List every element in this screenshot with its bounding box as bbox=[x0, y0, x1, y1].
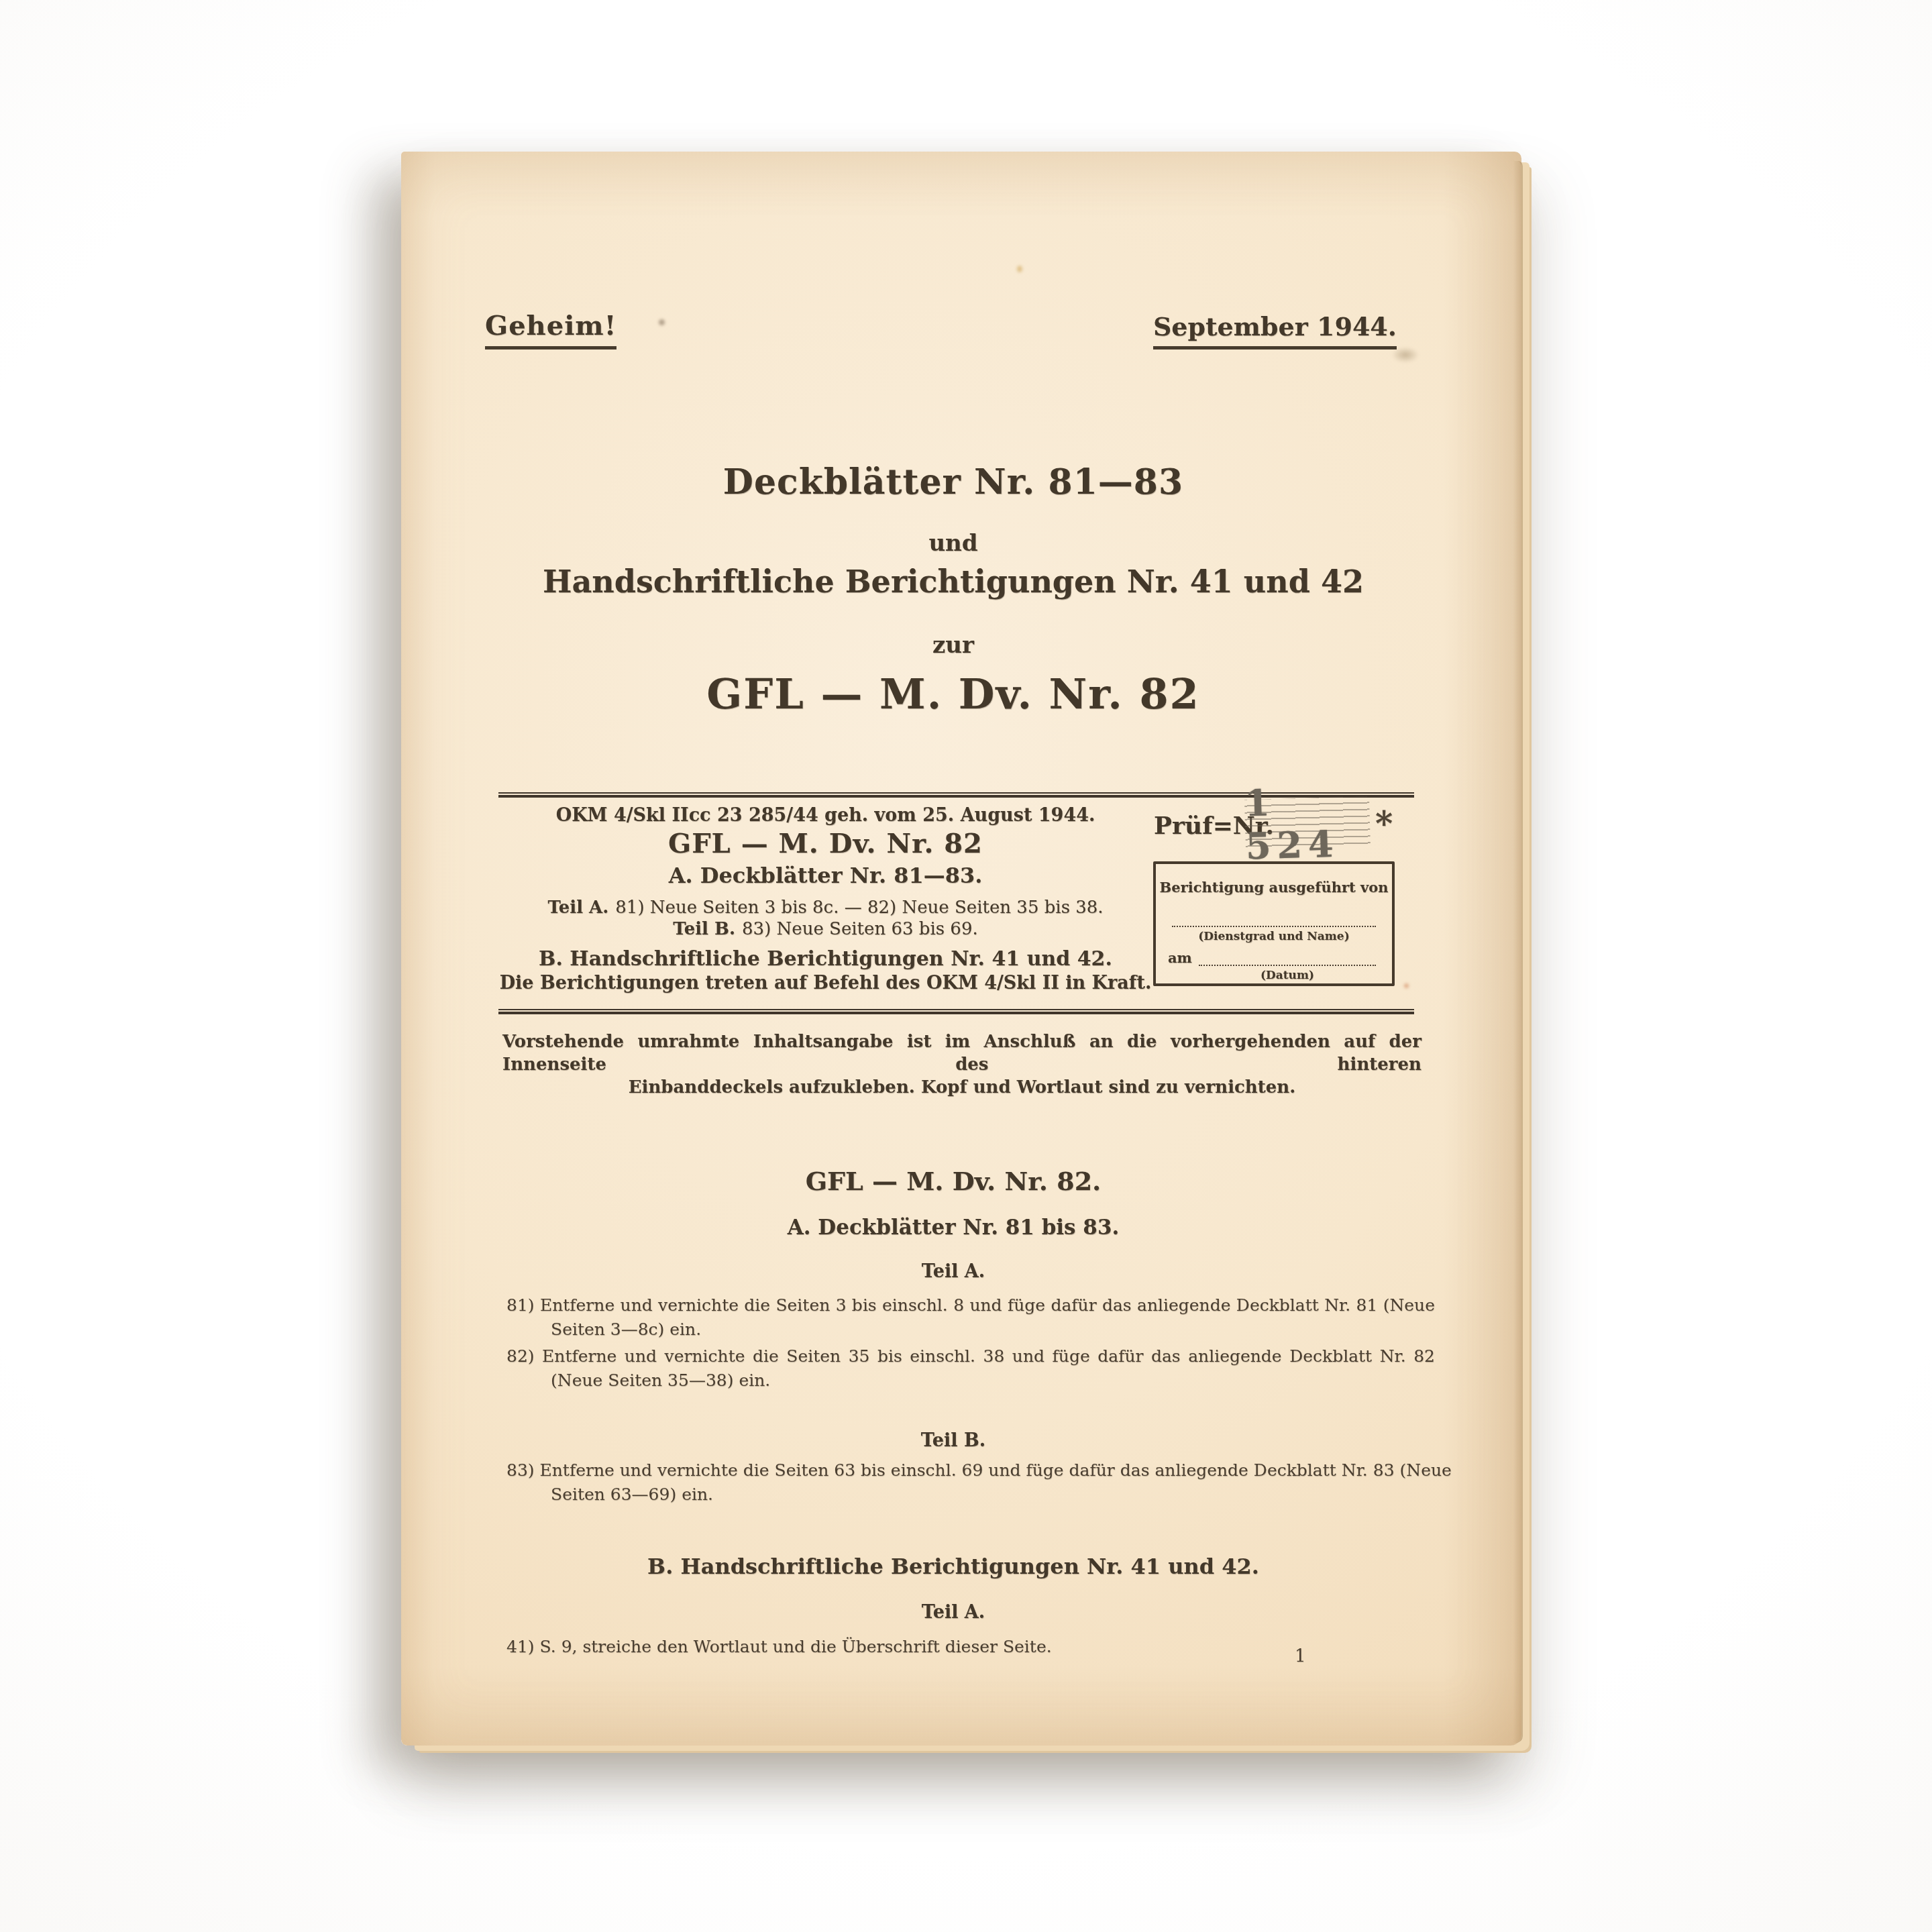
body-item-41: 41) S. 9, streiche den Wortlaut und die … bbox=[506, 1637, 1052, 1656]
paper-smudge bbox=[1386, 343, 1425, 366]
notice-section-a: A. Deckblätter Nr. 81—83. bbox=[498, 863, 1152, 888]
notice-validity-line: Die Berichtigungen treten auf Befehl des… bbox=[498, 973, 1152, 994]
body-teil-a-heading: Teil A. bbox=[393, 1261, 1513, 1282]
rule-bottom bbox=[498, 1009, 1414, 1014]
body-heading: GFL — M. Dv. Nr. 82. bbox=[393, 1166, 1513, 1196]
body-section-a-heading: A. Deckblätter Nr. 81 bis 83. bbox=[393, 1216, 1513, 1240]
body-section-b-heading: B. Handschriftliche Berichtigungen Nr. 4… bbox=[393, 1554, 1513, 1579]
paper-speck-amber bbox=[1017, 266, 1022, 272]
body-item-81: 81) Entferne und vernichte die Seiten 3 … bbox=[506, 1293, 1435, 1342]
correction-date-caption: (Datum) bbox=[1183, 969, 1392, 982]
notice-teil-b-text: 83) Neue Seiten 63 bis 69. bbox=[742, 919, 978, 939]
body-teil-a2-heading: Teil A. bbox=[393, 1602, 1513, 1623]
body-item-83-line-1: 83) Entferne und vernichte die Seiten 63… bbox=[506, 1458, 1435, 1483]
correction-name-field bbox=[1172, 908, 1376, 927]
pruef-nr-value: 1 524 bbox=[1244, 778, 1371, 867]
paper-speck-dark bbox=[659, 319, 665, 325]
correction-name-caption: (Dienstgrad und Name) bbox=[1156, 930, 1392, 943]
title-line-3: GFL — M. Dv. Nr. 82 bbox=[393, 669, 1513, 718]
notice-reference-line: OKM 4/Skl IIcc 23 285/44 geh. vom 25. Au… bbox=[498, 805, 1152, 826]
notice-teil-a-text: 81) Neue Seiten 3 bis 8c. — 82) Neue Sei… bbox=[615, 898, 1103, 918]
notice-teil-b-label: Teil B. bbox=[673, 919, 735, 939]
correction-box-title: Berichtigung ausgeführt von bbox=[1156, 879, 1392, 896]
page-stack-fore-edge bbox=[1513, 161, 1523, 1743]
notice-section-b: B. Handschriftliche Berichtigungen Nr. 4… bbox=[498, 947, 1152, 971]
body-item-82-line-2: (Neue Seiten 35—38) ein. bbox=[506, 1368, 1435, 1393]
notice-teil-b-line: Teil B.83) Neue Seiten 63 bis 69. bbox=[498, 919, 1152, 939]
notice-teil-a-line: Teil A.81) Neue Seiten 3 bis 8c. — 82) N… bbox=[498, 898, 1152, 918]
paste-instruction-line-1: Vorstehende umrahmte Inhaltsangabe ist i… bbox=[502, 1030, 1421, 1076]
body-item-81-line-2: Seiten 3—8c) ein. bbox=[506, 1318, 1435, 1342]
page-number: 1 bbox=[1295, 1646, 1306, 1666]
body-item-83-line-2: Seiten 63—69) ein. bbox=[506, 1483, 1435, 1507]
notice-doc-title: GFL — M. Dv. Nr. 82 bbox=[498, 828, 1152, 859]
correction-date-row: am bbox=[1168, 949, 1376, 966]
body-teil-b-heading: Teil B. bbox=[393, 1430, 1513, 1451]
body-item-82-line-1: 82) Entferne und vernichte die Seiten 35… bbox=[506, 1344, 1435, 1368]
correction-date-field bbox=[1199, 949, 1376, 966]
body-item-83: 83) Entferne und vernichte die Seiten 63… bbox=[506, 1458, 1435, 1507]
paste-instruction-line-2: Einbanddeckels aufzukleben. Kopf und Wor… bbox=[502, 1076, 1421, 1099]
body-item-81-line-1: 81) Entferne und vernichte die Seiten 3 … bbox=[506, 1293, 1435, 1318]
title-line-1: Deckblätter Nr. 81—83 bbox=[393, 462, 1513, 502]
notice-teil-a-label: Teil A. bbox=[547, 898, 608, 918]
pruef-nr-asterisk: * bbox=[1375, 804, 1393, 843]
date-line: September 1944. bbox=[1153, 311, 1397, 350]
paper-speck-red bbox=[1404, 983, 1409, 988]
correction-box: Berichtigung ausgeführt von (Dienstgrad … bbox=[1153, 861, 1395, 986]
title-line-2: Handschriftliche Berichtigungen Nr. 41 u… bbox=[393, 563, 1513, 600]
title-conjunction-und: und bbox=[393, 530, 1513, 557]
correction-am-label: am bbox=[1168, 949, 1192, 966]
pruef-nr-stamp: 1 524 bbox=[1244, 796, 1371, 849]
body-item-82: 82) Entferne und vernichte die Seiten 35… bbox=[506, 1344, 1435, 1393]
photo-backdrop: Geheim! September 1944. Deckblätter Nr. … bbox=[0, 0, 1932, 1932]
title-conjunction-zur: zur bbox=[393, 632, 1513, 659]
document-page: Geheim! September 1944. Deckblätter Nr. … bbox=[401, 152, 1521, 1746]
classification-stamp: Geheim! bbox=[485, 310, 616, 350]
paste-instruction: Vorstehende umrahmte Inhaltsangabe ist i… bbox=[502, 1030, 1421, 1099]
